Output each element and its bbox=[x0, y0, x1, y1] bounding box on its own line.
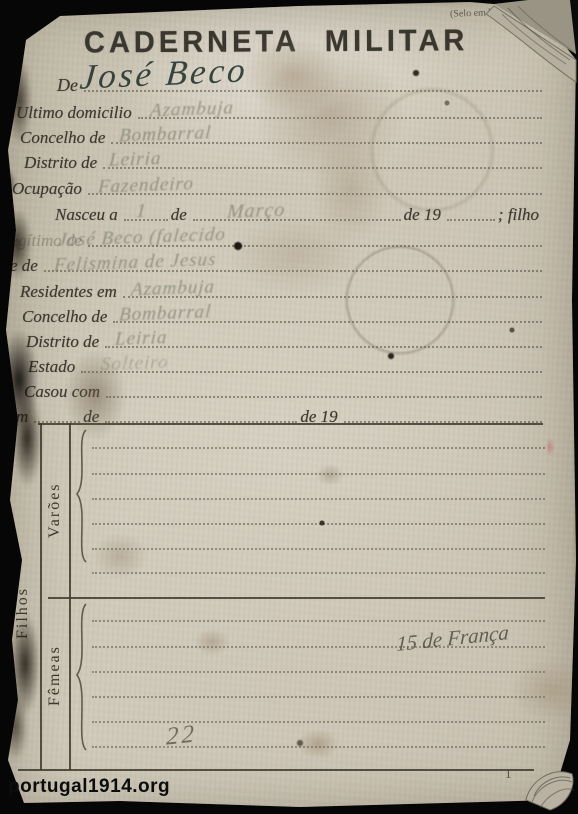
varoes-brace bbox=[72, 428, 90, 564]
table-dotted-line bbox=[92, 473, 545, 475]
mother-label: e de bbox=[10, 257, 44, 276]
dotted-line bbox=[106, 396, 542, 398]
field-label: Estado bbox=[28, 358, 81, 377]
field-label: Concelho de bbox=[20, 129, 111, 148]
field-row: Concelho de Bombarral bbox=[20, 124, 545, 148]
table-dotted-line bbox=[92, 572, 545, 574]
father-handwriting: José Beco (falecido bbox=[57, 224, 226, 252]
field-row: Estado Solteiro bbox=[28, 353, 545, 377]
field-row: Residentes em Azambuja bbox=[20, 278, 545, 302]
group-label-varoes: Varões bbox=[46, 458, 64, 563]
dotted-line: Fazendeiro bbox=[88, 193, 542, 195]
dotted-line: José Beco (falecido bbox=[88, 245, 542, 247]
field-handwriting: Azambuja bbox=[130, 277, 215, 302]
table-dotted-line bbox=[92, 696, 545, 698]
dotted-line: Leiria bbox=[103, 167, 542, 169]
edge-damage bbox=[2, 690, 28, 762]
field-handwriting: Leiria bbox=[114, 327, 168, 351]
dotted-line: Leiria bbox=[105, 346, 542, 348]
table-dotted-line bbox=[92, 671, 545, 673]
field-handwriting: Bombarral bbox=[119, 301, 213, 326]
table-dotted-line bbox=[92, 548, 545, 550]
table-dotted-line bbox=[92, 746, 545, 748]
table-dotted-line bbox=[92, 620, 545, 622]
mother-row: e de Felismina de Jesus bbox=[10, 252, 545, 276]
dotted-line: Bombarral bbox=[111, 142, 542, 144]
pencil-note-franca: 15 de França bbox=[396, 620, 509, 657]
table-dotted-line bbox=[92, 523, 545, 525]
father-row: legítimo de José Beco (falecido bbox=[6, 227, 545, 251]
field-label: Concelho de bbox=[22, 308, 113, 327]
field-label: Distrito de bbox=[24, 154, 103, 173]
field-row: Casou com bbox=[24, 378, 545, 402]
group-label-femeas: Fêmeas bbox=[46, 618, 64, 733]
birth-de19: de 19 bbox=[404, 206, 447, 225]
mother-handwriting: Felismina de Jesus bbox=[53, 249, 217, 277]
page-bottom-rule bbox=[18, 769, 534, 771]
field-handwriting: Fazendeiro bbox=[97, 173, 194, 198]
dotted-line: Azambuja bbox=[123, 296, 542, 298]
dotted-line: Solteiro bbox=[81, 371, 542, 373]
femeas-brace bbox=[72, 602, 90, 752]
birth-row: Nasceu a 1 de Março de 19 ; filho bbox=[55, 201, 545, 225]
field-label: Ultimo domicilio bbox=[16, 104, 138, 123]
torn-corner-fold bbox=[458, 0, 578, 90]
table-top-border bbox=[38, 423, 543, 425]
owner-name-handwriting: José Beco bbox=[78, 50, 250, 98]
watermark: portugal1914.org bbox=[8, 776, 170, 798]
red-smudge bbox=[546, 438, 554, 456]
scanned-document-photo: (Selo em b CADERNETA MILITAR De José Bec… bbox=[0, 0, 578, 814]
field-row: Distrito de Leiria bbox=[24, 149, 545, 173]
field-handwriting: Leiria bbox=[108, 148, 162, 172]
table-dotted-line bbox=[92, 447, 545, 449]
table-left-border bbox=[40, 423, 42, 770]
marriage-em: m bbox=[16, 408, 34, 427]
table-dotted-line bbox=[92, 721, 545, 723]
curled-corner bbox=[520, 752, 578, 814]
birth-label: Nasceu a bbox=[55, 206, 124, 225]
field-label: Ocupação bbox=[12, 180, 88, 199]
field-label: Casou com bbox=[24, 383, 106, 402]
dotted-line: 1 bbox=[124, 219, 168, 221]
birth-filho: ; filho bbox=[498, 206, 545, 225]
field-handwriting: Bombarral bbox=[119, 122, 213, 147]
field-row: Distrito de Leiria bbox=[26, 328, 545, 352]
field-label: Distrito de bbox=[26, 333, 105, 352]
dotted-line bbox=[447, 219, 495, 221]
dotted-line: Azambuja bbox=[138, 117, 542, 119]
field-row: Ultimo domicilio Azambuja bbox=[16, 99, 545, 123]
field-row: Concelho de Bombarral bbox=[22, 303, 545, 327]
birth-de1: de bbox=[171, 206, 193, 225]
field-label: Residentes em bbox=[20, 283, 123, 302]
table-dotted-line bbox=[92, 498, 545, 500]
field-handwriting: Solteiro bbox=[100, 352, 169, 376]
dotted-line: Felismina de Jesus bbox=[44, 270, 542, 272]
table-divider bbox=[48, 597, 545, 599]
field-handwriting: Azambuja bbox=[149, 98, 234, 123]
pencil-note-22: 22 bbox=[166, 720, 197, 751]
page-number: 1 bbox=[505, 766, 512, 782]
birth-month-handwriting: Março bbox=[226, 199, 286, 224]
birth-day-handwriting: 1 bbox=[135, 200, 148, 223]
field-row: Ocupação Fazendeiro bbox=[12, 175, 545, 199]
dotted-line: Bombarral bbox=[113, 321, 542, 323]
table-side-label: Filhos bbox=[14, 545, 32, 680]
dotted-line: Março bbox=[193, 219, 401, 221]
booklet-cover-page: (Selo em b CADERNETA MILITAR De José Bec… bbox=[0, 0, 578, 814]
